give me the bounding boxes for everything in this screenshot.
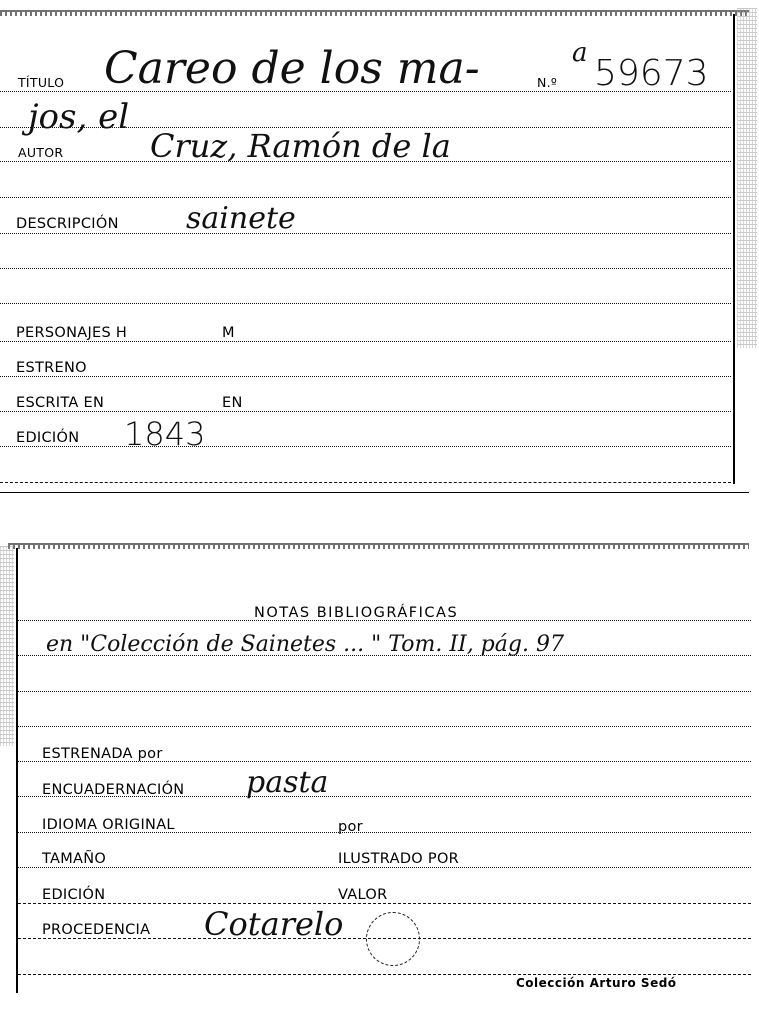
rule-personajes [0, 341, 731, 342]
scan-noise [0, 546, 14, 746]
titulo-value-continued: jos, el [28, 100, 129, 134]
rule-blank-2 [0, 268, 731, 269]
rule-blank-2 [18, 726, 751, 727]
notas-value: en "Colección de Sainetes ... " Tom. II,… [46, 634, 564, 656]
notas-label: NOTAS BIBLIOGRÁFICAS [254, 606, 458, 621]
tamano-label: TAMAÑO [42, 852, 106, 867]
collection-footer: Colección Arturo Sedó [516, 976, 677, 990]
autor-value: Cruz, Ramón de la [150, 130, 451, 162]
rule-descripcion [0, 233, 731, 234]
encuadernacion-value: pasta [246, 768, 328, 798]
descripcion-label: DESCRIPCIÓN [16, 217, 119, 232]
card-separator [0, 492, 749, 493]
autor-label: AUTOR [18, 147, 63, 160]
numero-value: 59673 [594, 56, 709, 92]
personajes-h-label: PERSONAJES H [16, 326, 127, 341]
rule-escrita [0, 411, 731, 412]
encuadernacion-label: ENCUADERNACIÓN [42, 783, 184, 798]
estrenada-label: ESTRENADA por [42, 747, 163, 762]
personajes-m-label: M [222, 326, 235, 341]
rule-tamano [18, 867, 751, 868]
rule-blank-1 [0, 197, 731, 198]
rule-bottom [0, 482, 731, 483]
numero-label: N.º [537, 77, 557, 90]
catalog-card-back: NOTAS BIBLIOGRÁFICAS en "Colección de Sa… [0, 540, 759, 1028]
rule-edicion [0, 446, 731, 447]
card-top-edge [0, 10, 749, 16]
rule-blank-1 [18, 691, 751, 692]
rule-blank-3 [0, 303, 731, 304]
card-right-border [733, 14, 735, 484]
rule-edicion [18, 903, 751, 904]
rule-estreno [0, 376, 731, 377]
numero-superscript: a [572, 40, 588, 66]
titulo-value: Careo de los ma- [104, 47, 480, 91]
titulo-label: TÍTULO [18, 77, 64, 90]
ilustrado-por-label: ILUSTRADO POR [338, 852, 459, 867]
procedencia-value: Cotarelo [204, 908, 343, 940]
valor-label: VALOR [338, 888, 387, 903]
en-label: EN [222, 396, 243, 411]
catalog-card-front: TÍTULO Careo de los ma- N.º a 59673 jos,… [0, 0, 759, 495]
library-stamp-circle [366, 912, 420, 966]
idioma-original-label: IDIOMA ORIGINAL [42, 818, 175, 833]
procedencia-label: PROCEDENCIA [42, 923, 150, 938]
card-left-border [16, 548, 18, 993]
rule-bottom [18, 974, 751, 975]
descripcion-value: sainete [186, 204, 296, 234]
scan-noise [737, 8, 757, 348]
escrita-en-label: ESCRITA EN [16, 396, 104, 411]
idioma-por-label: por [338, 820, 363, 835]
card-top-edge [8, 543, 749, 549]
edicion-label: EDICIÓN [16, 431, 79, 446]
edicion-label: EDICIÓN [42, 888, 105, 903]
edicion-value: 1843 [124, 418, 205, 450]
estreno-label: ESTRENO [16, 361, 87, 376]
